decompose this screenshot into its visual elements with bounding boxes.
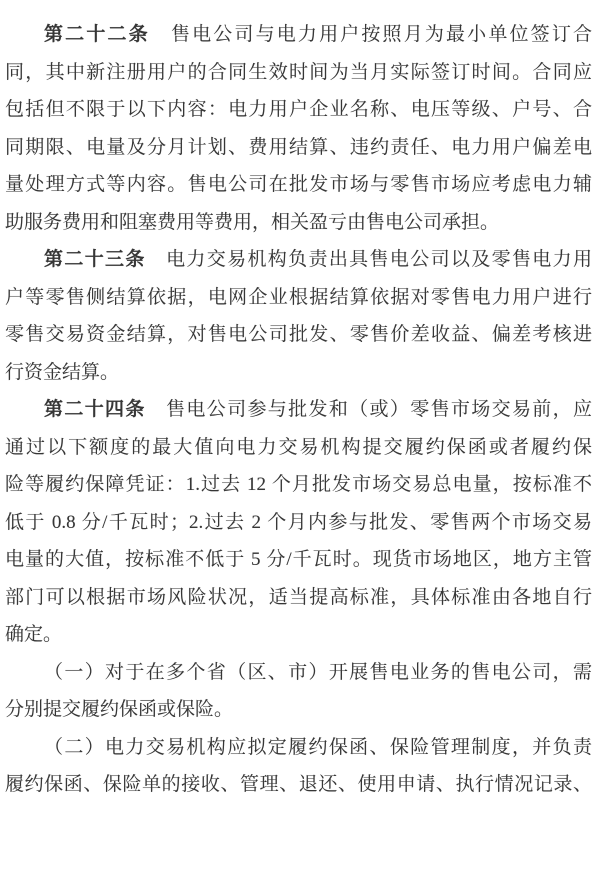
- article-24: 第二十四条 售电公司参与批发和（或）零售市场交易前，应 通过以下额度的最大值向电…: [5, 391, 592, 654]
- article-23-line-4: 行资金结算。: [5, 354, 592, 392]
- item-two-line-2: 履约保函、保险单的接收、管理、退还、使用申请、执行情况记录、: [5, 766, 592, 804]
- item-two-line-1: （二）电力交易机构应拟定履约保函、保险管理制度，并负责: [5, 729, 592, 767]
- article-24-line-1: 第二十四条 售电公司参与批发和（或）零售市场交易前，应: [5, 391, 592, 429]
- article-22-line-3: 包括但不限于以下内容：电力用户企业名称、电压等级、户号、合: [5, 91, 592, 129]
- item-one-line-1: （一）对于在多个省（区、市）开展售电业务的售电公司，需: [5, 654, 592, 692]
- article-24-line-6: 部门可以根据市场风险状况，适当提高标准，具体标准由各地自行: [5, 579, 592, 617]
- article-22-line-2: 同，其中新注册用户的合同生效时间为当月实际签订时间。合同应: [5, 54, 592, 92]
- article-22-line-5: 量处理方式等内容。售电公司在批发市场与零售市场应考虑电力辅: [5, 166, 592, 204]
- article-23-line-1-text: 电力交易机构负责出具售电公司以及零售电力用: [146, 249, 592, 270]
- article-24-line-5: 电量的大值，按标准不低于 5 分/千瓦时。现货市场地区，地方主管: [5, 541, 592, 579]
- article-24-line-2: 通过以下额度的最大值向电力交易机构提交履约保函或者履约保: [5, 429, 592, 467]
- item-one-line-2: 分别提交履约保函或保险。: [5, 691, 592, 729]
- article-24-heading: 第二十四条: [44, 399, 146, 420]
- article-22-line-1-text: 售电公司与电力用户按照月为最小单位签订合: [150, 24, 592, 45]
- article-23: 第二十三条 电力交易机构负责出具售电公司以及零售电力用 户等零售侧结算依据，电网…: [5, 241, 592, 391]
- document-page: 第二十二条 售电公司与电力用户按照月为最小单位签订合 同，其中新注册用户的合同生…: [0, 0, 600, 886]
- article-23-line-3: 零售交易资金结算，对售电公司批发、零售价差收益、偏差考核进: [5, 316, 592, 354]
- article-24-line-7: 确定。: [5, 616, 592, 654]
- article-22: 第二十二条 售电公司与电力用户按照月为最小单位签订合 同，其中新注册用户的合同生…: [5, 16, 592, 241]
- item-two: （二）电力交易机构应拟定履约保函、保险管理制度，并负责 履约保函、保险单的接收、…: [5, 729, 592, 804]
- article-24-line-3: 险等履约保障凭证：1.过去 12 个月批发市场交易总电量，按标准不: [5, 466, 592, 504]
- article-24-line-4: 低于 0.8 分/千瓦时；2.过去 2 个月内参与批发、零售两个市场交易: [5, 504, 592, 542]
- article-23-line-1: 第二十三条 电力交易机构负责出具售电公司以及零售电力用: [5, 241, 592, 279]
- article-23-heading: 第二十三条: [44, 249, 146, 270]
- article-22-heading: 第二十二条: [44, 24, 150, 45]
- article-23-line-2: 户等零售侧结算依据，电网企业根据结算依据对零售电力用户进行: [5, 279, 592, 317]
- article-24-line-1-text: 售电公司参与批发和（或）零售市场交易前，应: [146, 399, 592, 420]
- article-22-line-1: 第二十二条 售电公司与电力用户按照月为最小单位签订合: [5, 16, 592, 54]
- item-one: （一）对于在多个省（区、市）开展售电业务的售电公司，需 分别提交履约保函或保险。: [5, 654, 592, 729]
- article-22-line-6: 助服务费用和阻塞费用等费用，相关盈亏由售电公司承担。: [5, 204, 592, 242]
- article-22-line-4: 同期限、电量及分月计划、费用结算、违约责任、电力用户偏差电: [5, 129, 592, 167]
